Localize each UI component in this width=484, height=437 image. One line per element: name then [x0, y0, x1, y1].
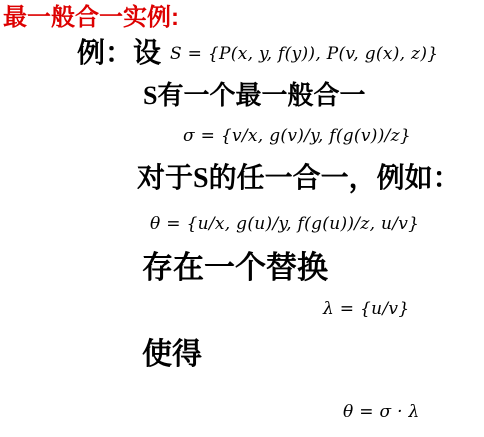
set-formula: S = {P(x, y, f(y)), P(v, g(x), z)} — [170, 46, 438, 63]
sigma-formula: σ = {v/x, g(v)/y, f(g(v))/z} — [183, 128, 411, 145]
theta-formula: θ = {u/x, g(u)/y, f(g(u))/z, u/v} — [150, 216, 419, 233]
substitution-statement: 存在一个替换 — [142, 252, 328, 283]
any-unifier-statement: 对于S的任一合一，例如： — [137, 165, 461, 193]
composition-formula: θ = σ · λ — [343, 404, 420, 421]
slide-title: 最一般合一实例: — [3, 5, 179, 31]
mgu-statement: S有一个最一般合一 — [143, 83, 365, 109]
such-that-statement: 使得 — [142, 340, 202, 370]
lambda-formula: λ = {u/v} — [323, 301, 409, 318]
example-label: 例：设 — [77, 40, 161, 68]
example-line: 例：设 S = {P(x, y, f(y)), P(v, g(x), z)} — [77, 38, 438, 70]
slide-canvas: 最一般合一实例: 例：设 S = {P(x, y, f(y)), P(v, g(… — [0, 0, 484, 437]
